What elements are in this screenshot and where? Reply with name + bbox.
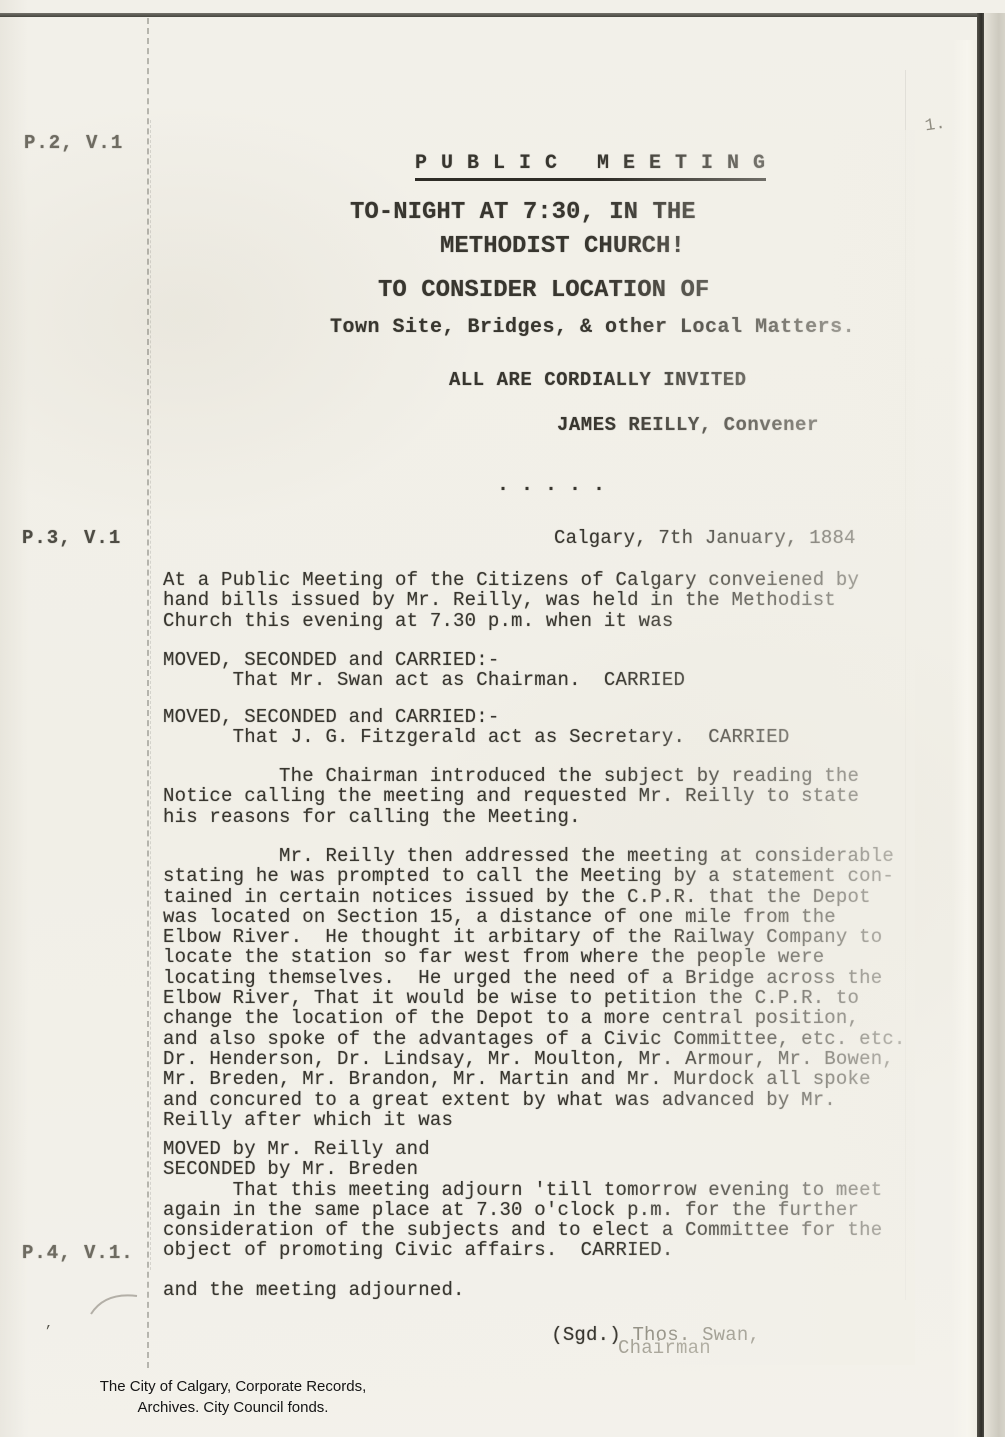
signature-title: Chairman [618, 1338, 711, 1358]
notice-purpose-line: TO CONSIDER LOCATION OF [378, 277, 709, 304]
document-scan-page: { "colors": { "paper": "#f1efe7", "ink":… [0, 0, 1005, 1437]
notice-title: P U B L I C M E E T I N G [415, 152, 766, 181]
motion-chairman: MOVED, SECONDED and CARRIED:- That Mr. S… [163, 650, 685, 691]
motion-adjournment: MOVED by Mr. Reilly and SECONDED by Mr. … [163, 1139, 882, 1261]
underlying-page-edge [984, 13, 1005, 1437]
notice-subjects-line: Town Site, Bridges, & other Local Matter… [330, 316, 855, 339]
closing-line: and the meeting adjourned. [163, 1280, 465, 1300]
minutes-dateline: Calgary, 7th January, 1884 [554, 528, 856, 548]
page-edge-shadow-line [977, 13, 984, 1437]
notice-time-line: TO-NIGHT AT 7:30, IN THE [350, 199, 696, 226]
dots-separator: . . . . . [497, 474, 605, 497]
notice-convener-signature: JAMES REILLY, Convener [557, 414, 819, 436]
page-number: 1. [924, 115, 947, 137]
motion-secretary: MOVED, SECONDED and CARRIED:- That J. G.… [163, 707, 790, 748]
notice-place-line: METHODIST CHURCH! [440, 233, 685, 260]
notice-invitation-line: ALL ARE CORDIALLY INVITED [449, 369, 747, 391]
page-edge-curl [952, 40, 978, 1437]
signature-sgd-label: (Sgd.) [551, 1324, 621, 1346]
paragraph-reilly-address: Mr. Reilly then addressed the meeting at… [163, 846, 906, 1130]
paragraph-chairman-introduction: The Chairman introduced the subject by r… [163, 766, 859, 827]
ink-speck: ’ [44, 1324, 52, 1340]
minutes-opening-paragraph: At a Public Meeting of the Citizens of C… [163, 570, 859, 631]
margin-note-p4: P.4, V.1. [22, 1242, 134, 1264]
margin-note-p3: P.3, V.1 [22, 527, 121, 549]
archive-caption: The City of Calgary, Corporate Records, … [88, 1376, 378, 1418]
binding-stitch-line-secondary [150, 120, 151, 1270]
margin-note-p2: P.2, V.1 [24, 132, 123, 154]
pencil-mark [85, 1286, 145, 1320]
scan-top-edge-line [0, 13, 984, 17]
binding-stitch-line [147, 18, 149, 1368]
